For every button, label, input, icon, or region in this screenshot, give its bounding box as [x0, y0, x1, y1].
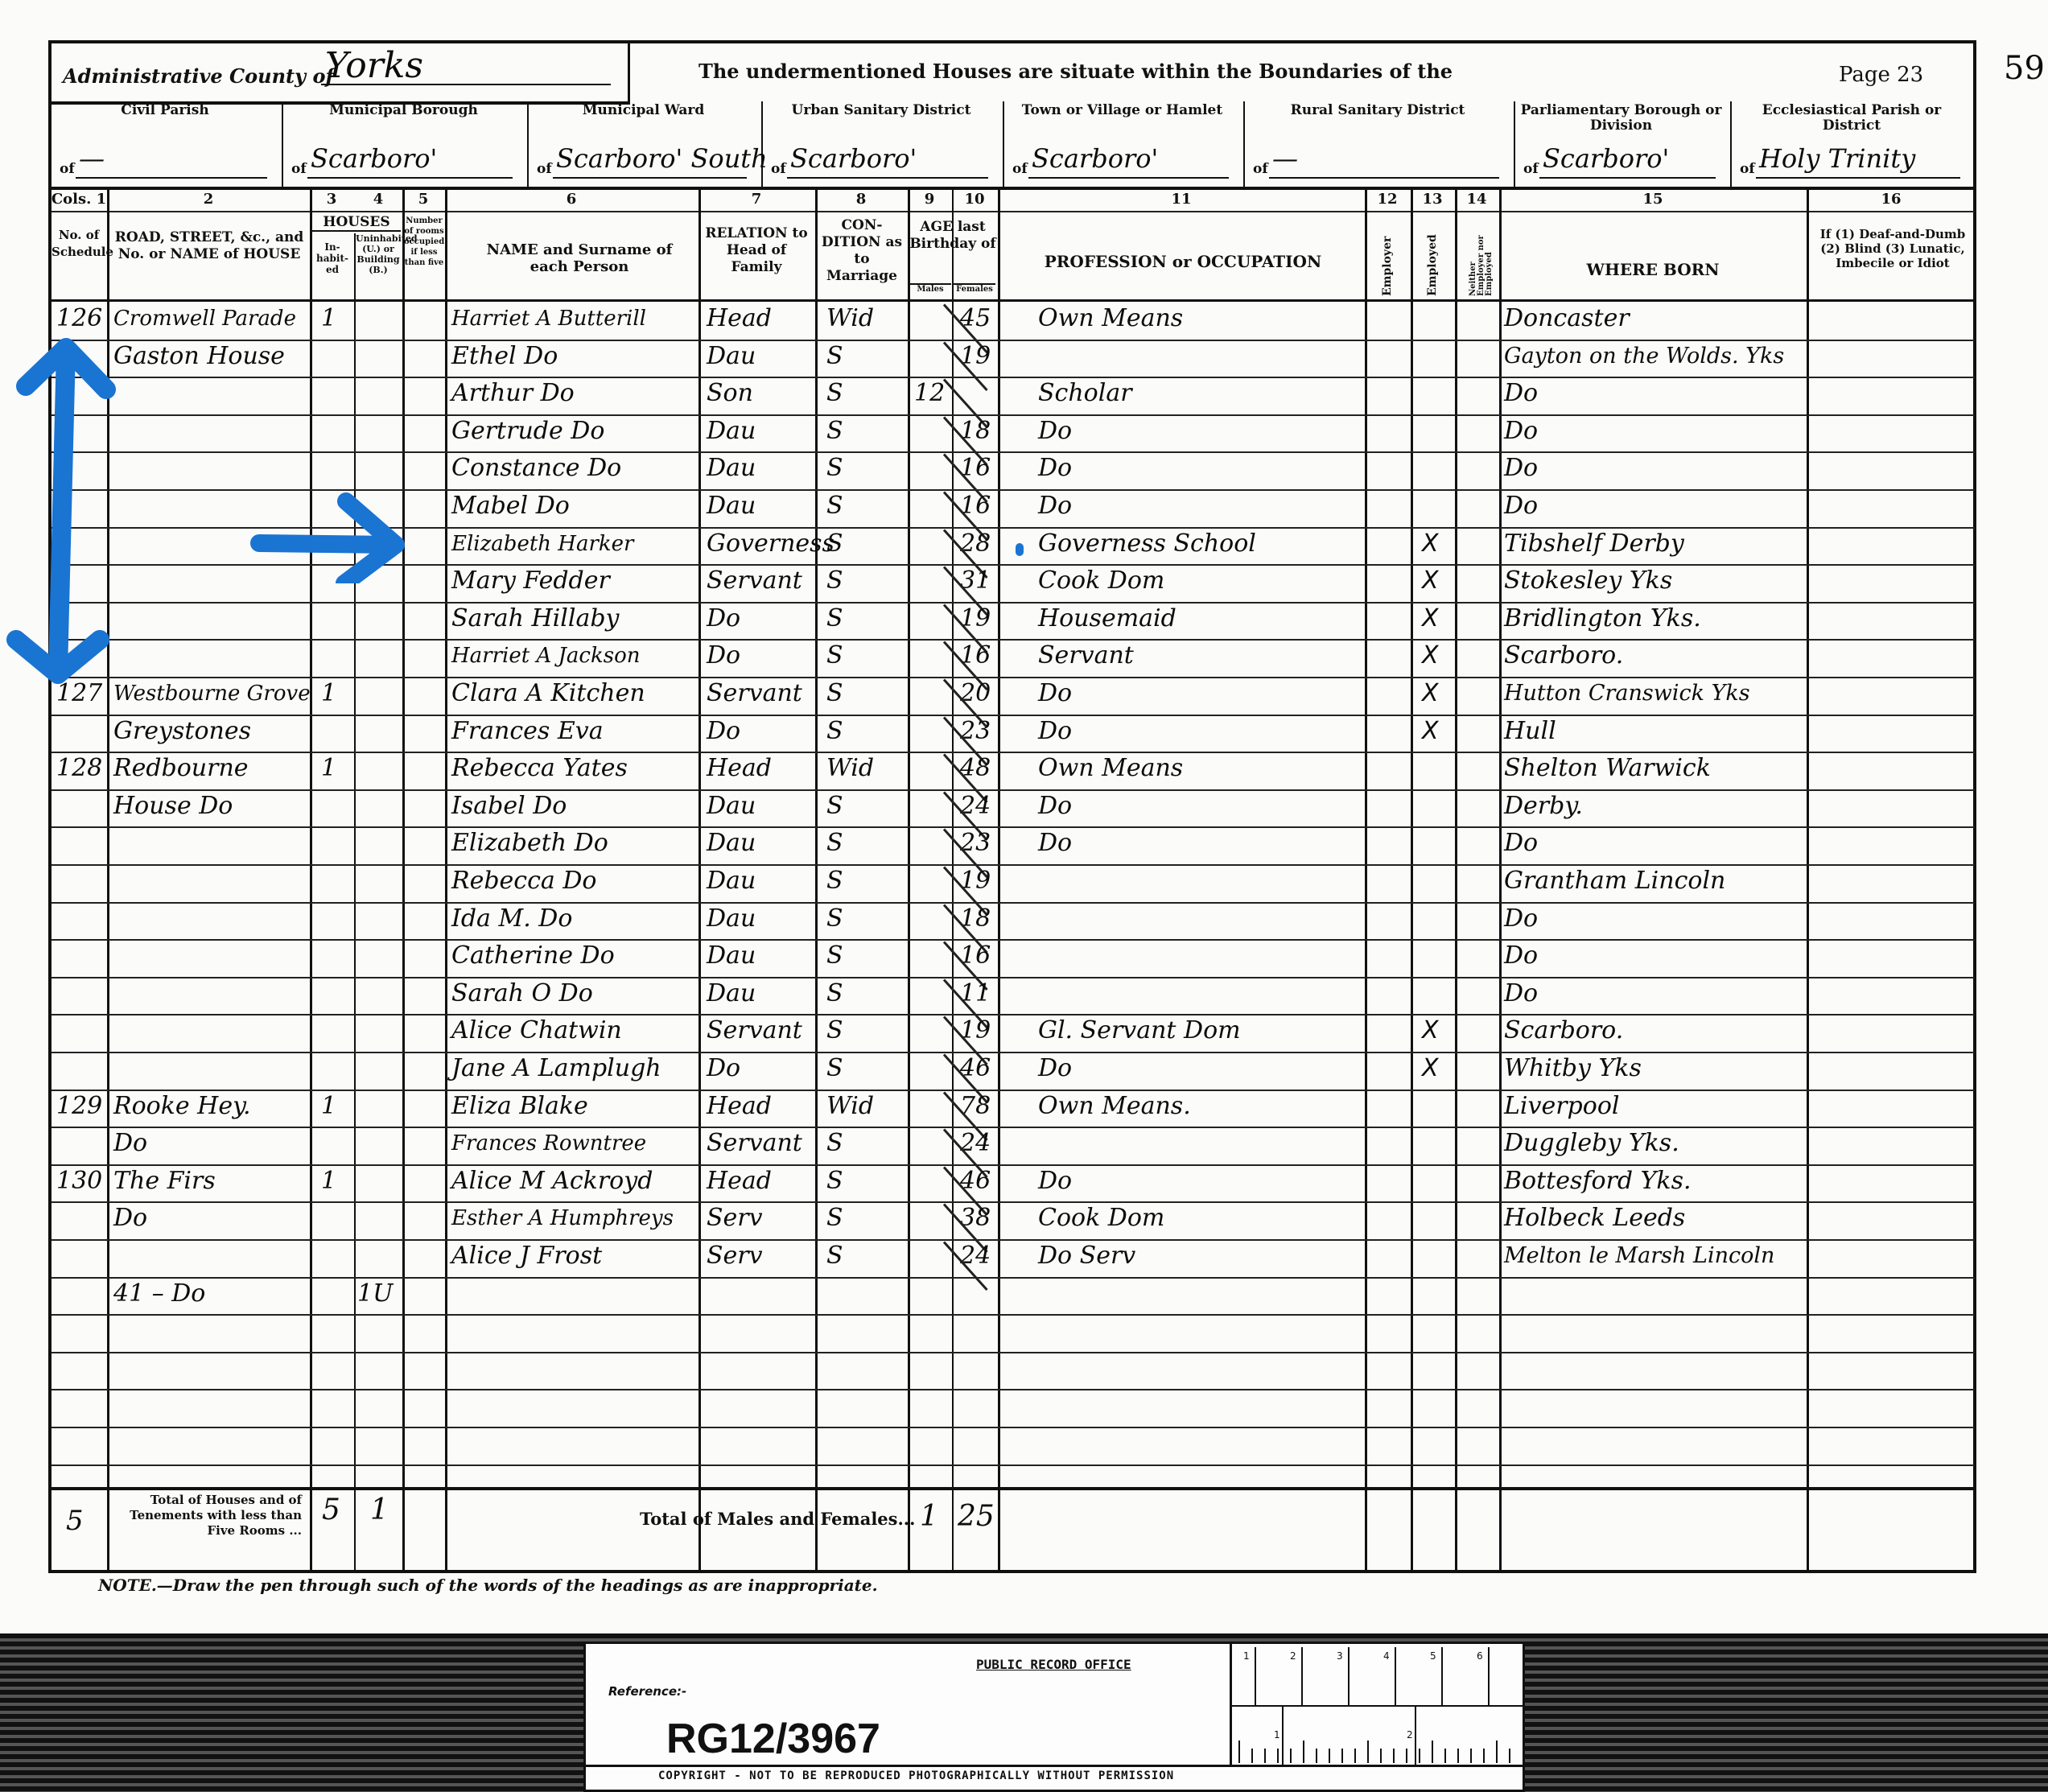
schedule-number: 130 — [56, 1163, 102, 1200]
relation: Head — [707, 1088, 772, 1125]
totals-uninhabited: 1 — [370, 1493, 389, 1526]
marital-condition: S — [826, 863, 843, 900]
table-row: Elizabeth DoDauS23DoDo — [0, 825, 1976, 862]
district-of-label: of — [771, 161, 786, 177]
birthplace: Stokesley Yks — [1504, 562, 1672, 599]
female-age: 23 — [960, 713, 991, 750]
birthplace: Scarboro. — [1504, 637, 1623, 674]
inhabited-count: 1 — [321, 750, 336, 787]
marital-condition: S — [826, 375, 843, 412]
road-name: House Do — [113, 788, 233, 825]
person-name: Alice J Frost — [451, 1238, 602, 1275]
female-age: 24 — [960, 1238, 991, 1275]
table-row: Catherine DoDauS16Do — [0, 937, 1976, 974]
table-row: Alice J FrostServS24Do ServMelton le Mar… — [0, 1238, 1976, 1275]
female-age: 24 — [960, 788, 991, 825]
reference-label: Reference:- — [608, 1684, 686, 1699]
road-name: Do — [113, 1125, 147, 1162]
district-urban-sanitary-district: Urban Sanitary DistrictofScarboro' — [763, 101, 1004, 187]
birthplace: Scarboro. — [1504, 1012, 1623, 1049]
header-relation: RELATION to Head of Family — [700, 225, 813, 276]
marital-condition: Wid — [826, 750, 874, 787]
district-label: Town or Village or Hamlet — [1004, 103, 1240, 118]
table-row: GreystonesFrances EvaDoS23DoXHull — [0, 713, 1976, 750]
scale-top-label: 2 — [1290, 1650, 1296, 1662]
employed-mark: X — [1422, 675, 1439, 712]
header-rooms: Number of rooms occupied if less than fi… — [404, 216, 444, 268]
female-age: 19 — [960, 1012, 991, 1049]
marital-condition: S — [826, 488, 843, 525]
relation: Dau — [707, 788, 756, 825]
marital-condition: S — [826, 562, 843, 599]
table-row: DoEsther A HumphreysServS38Cook DomHolbe… — [0, 1200, 1976, 1237]
relation: Serv — [707, 1238, 763, 1275]
female-age: 28 — [960, 525, 991, 562]
birthplace: Bottesford Yks. — [1504, 1163, 1692, 1200]
female-age: 31 — [960, 562, 991, 599]
relation: Dau — [707, 450, 756, 487]
relation: Dau — [707, 413, 756, 450]
marital-condition: S — [826, 525, 843, 562]
female-age: 19 — [960, 600, 991, 637]
district-value: Scarboro' — [311, 143, 437, 174]
marital-condition: S — [826, 1012, 843, 1049]
district-of-label: of — [1012, 161, 1028, 177]
district-rural-sanitary-district: Rural Sanitary Districtof— — [1245, 101, 1515, 187]
header-road: ROAD, STREET, &c., and No. or NAME of HO… — [113, 229, 306, 263]
table-row: 130The Firs1Alice M AckroydHeadS46DoBott… — [0, 1163, 1976, 1200]
header-where-born: WHERE BORN — [1502, 262, 1804, 278]
county-box: Administrative County of Yorks — [52, 43, 630, 105]
relation: Serv — [707, 1200, 763, 1237]
table-row: 126Cromwell Parade1Harriet A ButterillHe… — [0, 300, 1976, 337]
person-name: Ethel Do — [451, 338, 558, 375]
employed-mark: X — [1422, 562, 1439, 599]
birthplace: Liverpool — [1504, 1088, 1619, 1125]
occupation: Do Serv — [1038, 1238, 1135, 1275]
person-name: Harriet A Jackson — [451, 637, 640, 674]
occupation: Own Means. — [1038, 1088, 1191, 1125]
occupation: Do — [1038, 450, 1072, 487]
measurement-scale: 12345612 — [1230, 1644, 1525, 1765]
header-occupation: PROFESSION or OCCUPATION — [1002, 253, 1364, 270]
person-name: Constance Do — [451, 450, 621, 487]
table-row: Alice ChatwinServantS19Gl. Servant DomXS… — [0, 1012, 1976, 1049]
road-name: The Firs — [113, 1163, 216, 1200]
relation: Head — [707, 750, 772, 787]
birthplace: Hull — [1504, 713, 1556, 750]
relation: Dau — [707, 975, 756, 1012]
relation: Son — [707, 375, 753, 412]
table-row: House DoIsabel DoDauS24DoDerby. — [0, 788, 1976, 825]
person-name: Clara A Kitchen — [451, 675, 645, 712]
person-name: Elizabeth Harker — [451, 525, 633, 562]
person-name: Sarah Hillaby — [451, 600, 620, 637]
road-name: Redbourne — [113, 750, 249, 787]
female-age: 16 — [960, 450, 991, 487]
employed-mark: X — [1422, 637, 1439, 674]
occupation: Do — [1038, 713, 1072, 750]
relation: Governess — [707, 525, 834, 562]
header-employer: Employer — [1382, 225, 1393, 296]
copyright-notice: COPYRIGHT - NOT TO BE REPRODUCED PHOTOGR… — [658, 1769, 1174, 1782]
district-of-label: of — [1740, 161, 1755, 177]
birthplace: Holbeck Leeds — [1504, 1200, 1685, 1237]
occupation: Scholar — [1038, 375, 1132, 412]
person-name: Mary Fedder — [451, 562, 610, 599]
relation: Servant — [707, 562, 802, 599]
header-females: Females — [954, 283, 995, 294]
road-name: Do — [113, 1200, 147, 1237]
female-age: 19 — [960, 863, 991, 900]
birthplace: Do — [1504, 900, 1538, 937]
marital-condition: S — [826, 338, 843, 375]
district-value: — — [1272, 143, 1298, 174]
female-age: 23 — [960, 825, 991, 862]
employed-mark: X — [1422, 1050, 1439, 1087]
female-age: 38 — [960, 1200, 991, 1237]
occupation: Do — [1038, 675, 1072, 712]
table-row: Rebecca DoDauS19Grantham Lincoln — [0, 863, 1976, 900]
district-of-label: of — [1253, 161, 1268, 177]
column-number: 16 — [1859, 191, 1923, 208]
female-age: 46 — [960, 1163, 991, 1200]
marital-condition: S — [826, 788, 843, 825]
district-civil-parish: Civil Parishof— — [52, 101, 283, 187]
schedule-number: 126 — [56, 300, 102, 337]
district-value: Scarboro' — [1032, 143, 1158, 174]
female-age: 19 — [960, 338, 991, 375]
marital-condition: S — [826, 825, 843, 862]
employed-mark: X — [1422, 525, 1439, 562]
birthplace: Do — [1504, 413, 1538, 450]
occupation: Cook Dom — [1038, 1200, 1164, 1237]
totals-females: 25 — [958, 1500, 995, 1533]
relation: Head — [707, 1163, 772, 1200]
district-value: Scarboro' South — [556, 143, 768, 174]
marital-condition: S — [826, 450, 843, 487]
birthplace: Melton le Marsh Lincoln — [1504, 1238, 1774, 1275]
person-name: Esther A Humphreys — [451, 1200, 674, 1237]
schedule-number: 129 — [56, 1088, 102, 1125]
district-label: Municipal Borough — [283, 103, 524, 118]
birthplace: Do — [1504, 937, 1538, 974]
inhabited-count: 1 — [321, 1088, 336, 1125]
person-name: Arthur Do — [451, 375, 575, 412]
person-name: Frances Eva — [451, 713, 604, 750]
scale-top-label: 5 — [1430, 1650, 1436, 1662]
road-name: 41 – Do — [113, 1275, 205, 1312]
district-label: Rural Sanitary District — [1245, 103, 1510, 118]
totals-persons-label: Total of Males and Females... — [640, 1509, 915, 1529]
column-number: 7 — [724, 191, 789, 208]
relation: Do — [707, 637, 740, 674]
birthplace: Tibshelf Derby — [1504, 525, 1684, 562]
birthplace: Bridlington Yks. — [1504, 600, 1701, 637]
relation: Dau — [707, 488, 756, 525]
table-row: DoFrances RowntreeServantS24Duggleby Yks… — [0, 1125, 1976, 1162]
birthplace: Do — [1504, 375, 1538, 412]
person-name: Alice Chatwin — [451, 1012, 622, 1049]
birthplace: Gayton on the Wolds. Yks — [1504, 338, 1784, 375]
column-number: 6 — [539, 191, 604, 208]
marital-condition: S — [826, 713, 843, 750]
district-value: — — [79, 143, 105, 174]
district-of-label: of — [1523, 161, 1539, 177]
employed-mark: X — [1422, 600, 1439, 637]
person-name: Harriet A Butterill — [451, 300, 646, 337]
occupation: Own Means — [1038, 750, 1183, 787]
female-age: 16 — [960, 488, 991, 525]
header-neither: Neither Employer nor Employed — [1469, 219, 1494, 296]
person-name: Sarah O Do — [451, 975, 593, 1012]
female-age: 16 — [960, 637, 991, 674]
occupation: Servant — [1038, 637, 1134, 674]
marital-condition: Wid — [826, 300, 874, 337]
occupation: Do — [1038, 413, 1072, 450]
page-label: Page 23 — [1839, 63, 1923, 87]
relation: Dau — [707, 900, 756, 937]
blue-dot-marker — [1016, 543, 1024, 556]
road-name: Rooke Hey. — [113, 1088, 251, 1125]
female-age: 18 — [960, 900, 991, 937]
employed-mark: X — [1422, 713, 1439, 750]
reference-number: RG12/3967 — [666, 1715, 880, 1763]
person-name: Eliza Blake — [451, 1088, 588, 1125]
person-name: Catherine Do — [451, 937, 615, 974]
road-name: Greystones — [113, 713, 251, 750]
birthplace: Derby. — [1504, 788, 1583, 825]
marital-condition: S — [826, 637, 843, 674]
totals-houses-label: Total of Houses and of Tenements with le… — [117, 1493, 302, 1539]
schedule-number: 128 — [56, 750, 102, 787]
table-row: Jane A LamplughDoS46DoXWhitby Yks — [0, 1050, 1976, 1087]
marital-condition: S — [826, 1163, 843, 1200]
marital-condition: S — [826, 1050, 843, 1087]
district-of-label: of — [60, 161, 75, 177]
district-value: Scarboro' — [790, 143, 917, 174]
birthplace: Whitby Yks — [1504, 1050, 1642, 1087]
relation: Dau — [707, 937, 756, 974]
person-name: Rebecca Yates — [451, 750, 628, 787]
occupation: Do — [1038, 1050, 1072, 1087]
occupation: Housemaid — [1038, 600, 1176, 637]
census-page: 59 Administrative County of Yorks The un… — [0, 0, 2048, 1633]
scale-top-label: 6 — [1477, 1650, 1483, 1662]
occupation: Do — [1038, 825, 1072, 862]
male-age: 12 — [914, 375, 945, 412]
district-label: Civil Parish — [52, 103, 278, 118]
female-age: 45 — [960, 300, 991, 337]
district-value: Holy Trinity — [1759, 143, 1915, 174]
district-value: Scarboro' — [1543, 143, 1669, 174]
header-infirmity: If (1) Deaf-and-Dumb (2) Blind (3) Lunat… — [1811, 227, 1975, 270]
header-schedule: No. of Schedule — [52, 227, 106, 261]
column-number: 8 — [829, 191, 893, 208]
person-name: Isabel Do — [451, 788, 567, 825]
marital-condition: S — [826, 1238, 843, 1275]
district-of-label: of — [291, 161, 307, 177]
birthplace: Shelton Warwick — [1504, 750, 1711, 787]
occupation: Do — [1038, 488, 1072, 525]
occupation: Gl. Servant Dom — [1038, 1012, 1241, 1049]
occupation: Cook Dom — [1038, 562, 1164, 599]
relation: Servant — [707, 675, 802, 712]
totals-schedule-tick: 5 — [66, 1505, 84, 1537]
table-row: Sarah O DoDauS11Do — [0, 975, 1976, 1012]
header-name: NAME and Surname of each Person — [483, 241, 676, 275]
column-number: Cols. 1 — [47, 191, 111, 208]
table-row: 128Redbourne1Rebecca YatesHeadWid48Own M… — [0, 750, 1976, 787]
district-municipal-borough: Municipal BoroughofScarboro' — [283, 101, 529, 187]
column-number: 2 — [176, 191, 241, 208]
person-name: Gertrude Do — [451, 413, 604, 450]
birthplace: Do — [1504, 488, 1538, 525]
county-value: Yorks — [325, 45, 423, 86]
marital-condition: S — [826, 937, 843, 974]
header-inhabited: In-habit-ed — [312, 241, 352, 275]
district-label: Ecclesiastical Parish or District — [1732, 103, 1972, 134]
relation: Servant — [707, 1125, 802, 1162]
person-name: Jane A Lamplugh — [451, 1050, 661, 1087]
district-label: Urban Sanitary District — [763, 103, 999, 118]
birthplace: Hutton Cranswick Yks — [1504, 675, 1750, 712]
person-name: Ida M. Do — [451, 900, 572, 937]
relation: Dau — [707, 863, 756, 900]
female-age: 78 — [960, 1088, 991, 1125]
totals-males: 1 — [920, 1500, 938, 1533]
birthplace: Do — [1504, 975, 1538, 1012]
district-town-village-hamlet: Town or Village or HamletofScarboro' — [1004, 101, 1245, 187]
scale-top-label: 1 — [1243, 1650, 1250, 1662]
right-arrow-icon — [241, 487, 418, 583]
column-number: 15 — [1621, 191, 1685, 208]
person-name: Rebecca Do — [451, 863, 596, 900]
female-age: 46 — [960, 1050, 991, 1087]
person-name: Elizabeth Do — [451, 825, 608, 862]
district-label: Parliamentary Borough or Division — [1515, 103, 1727, 134]
road-name: Cromwell Parade — [113, 300, 296, 337]
occupation: Governess School — [1038, 525, 1256, 562]
marital-condition: S — [826, 1200, 843, 1237]
occupation: Own Means — [1038, 300, 1183, 337]
scale-top-label: 3 — [1337, 1650, 1343, 1662]
header-condition: CON-DITION as to Marriage — [818, 217, 906, 285]
district-ecclesiastical-parish: Ecclesiastical Parish or DistrictofHoly … — [1732, 101, 1976, 187]
female-age: 24 — [960, 1125, 991, 1162]
relation: Head — [707, 300, 772, 337]
marital-condition: S — [826, 975, 843, 1012]
relation: Do — [707, 600, 740, 637]
relation: Do — [707, 713, 740, 750]
relation: Servant — [707, 1012, 802, 1049]
birthplace: Grantham Lincoln — [1504, 863, 1725, 900]
header-males: Males — [909, 283, 951, 294]
intro-text: The undermentioned Houses are situate wi… — [698, 60, 1453, 83]
person-name: Frances Rowntree — [451, 1125, 646, 1162]
birthplace: Duggleby Yks. — [1504, 1125, 1679, 1162]
birthplace: Doncaster — [1504, 300, 1630, 337]
female-age: 16 — [960, 937, 991, 974]
scale-top-label: 4 — [1383, 1650, 1390, 1662]
district-label: Municipal Ward — [529, 103, 758, 118]
district-municipal-ward: Municipal WardofScarboro' South — [529, 101, 763, 187]
pro-title: PUBLIC RECORD OFFICE — [976, 1657, 1131, 1672]
district-of-label: of — [537, 161, 552, 177]
female-age: 11 — [960, 975, 991, 1012]
marital-condition: S — [826, 1125, 843, 1162]
table-row: 41 – Do1U — [0, 1275, 1976, 1312]
column-number: 11 — [1149, 191, 1214, 208]
female-age: 20 — [960, 675, 991, 712]
female-age: 48 — [960, 750, 991, 787]
header-employed: Employed — [1427, 225, 1438, 296]
inhabited-count: 1 — [321, 1163, 336, 1200]
header-uninhabited: Uninhabited (U.) or Building (B.) — [356, 233, 401, 275]
birthplace: Do — [1504, 450, 1538, 487]
person-name: Alice M Ackroyd — [451, 1163, 653, 1200]
uninhabited-count: 1U — [357, 1275, 393, 1312]
female-age: 18 — [960, 413, 991, 450]
record-office-label: PUBLIC RECORD OFFICE Reference:- RG12/39… — [583, 1642, 1525, 1792]
table-row: 129Rooke Hey.1Eliza BlakeHeadWid78Own Me… — [0, 1088, 1976, 1125]
inhabited-count: 1 — [321, 300, 336, 337]
birthplace: Do — [1504, 825, 1538, 862]
marital-condition: S — [826, 900, 843, 937]
scale-bottom-label: 2 — [1407, 1729, 1413, 1741]
relation: Do — [707, 1050, 740, 1087]
form-note: NOTE.—Draw the pen through such of the w… — [98, 1576, 878, 1595]
marital-condition: S — [826, 675, 843, 712]
header-houses: HOUSES — [312, 214, 401, 232]
district-parliamentary-borough: Parliamentary Borough or DivisionofScarb… — [1515, 101, 1732, 187]
folio-number: 59 — [2004, 50, 2045, 87]
county-label: Administrative County of — [63, 64, 334, 88]
marital-condition: S — [826, 600, 843, 637]
relation: Dau — [707, 825, 756, 862]
occupation: Do — [1038, 788, 1072, 825]
marital-condition: S — [826, 413, 843, 450]
scale-bottom-label: 1 — [1274, 1729, 1280, 1741]
employed-mark: X — [1422, 1012, 1439, 1049]
person-name: Mabel Do — [451, 488, 570, 525]
occupation: Do — [1038, 1163, 1072, 1200]
marital-condition: Wid — [826, 1088, 874, 1125]
relation: Dau — [707, 338, 756, 375]
table-row: Ida M. DoDauS18Do — [0, 900, 1976, 937]
totals-inhabited: 5 — [322, 1493, 340, 1526]
